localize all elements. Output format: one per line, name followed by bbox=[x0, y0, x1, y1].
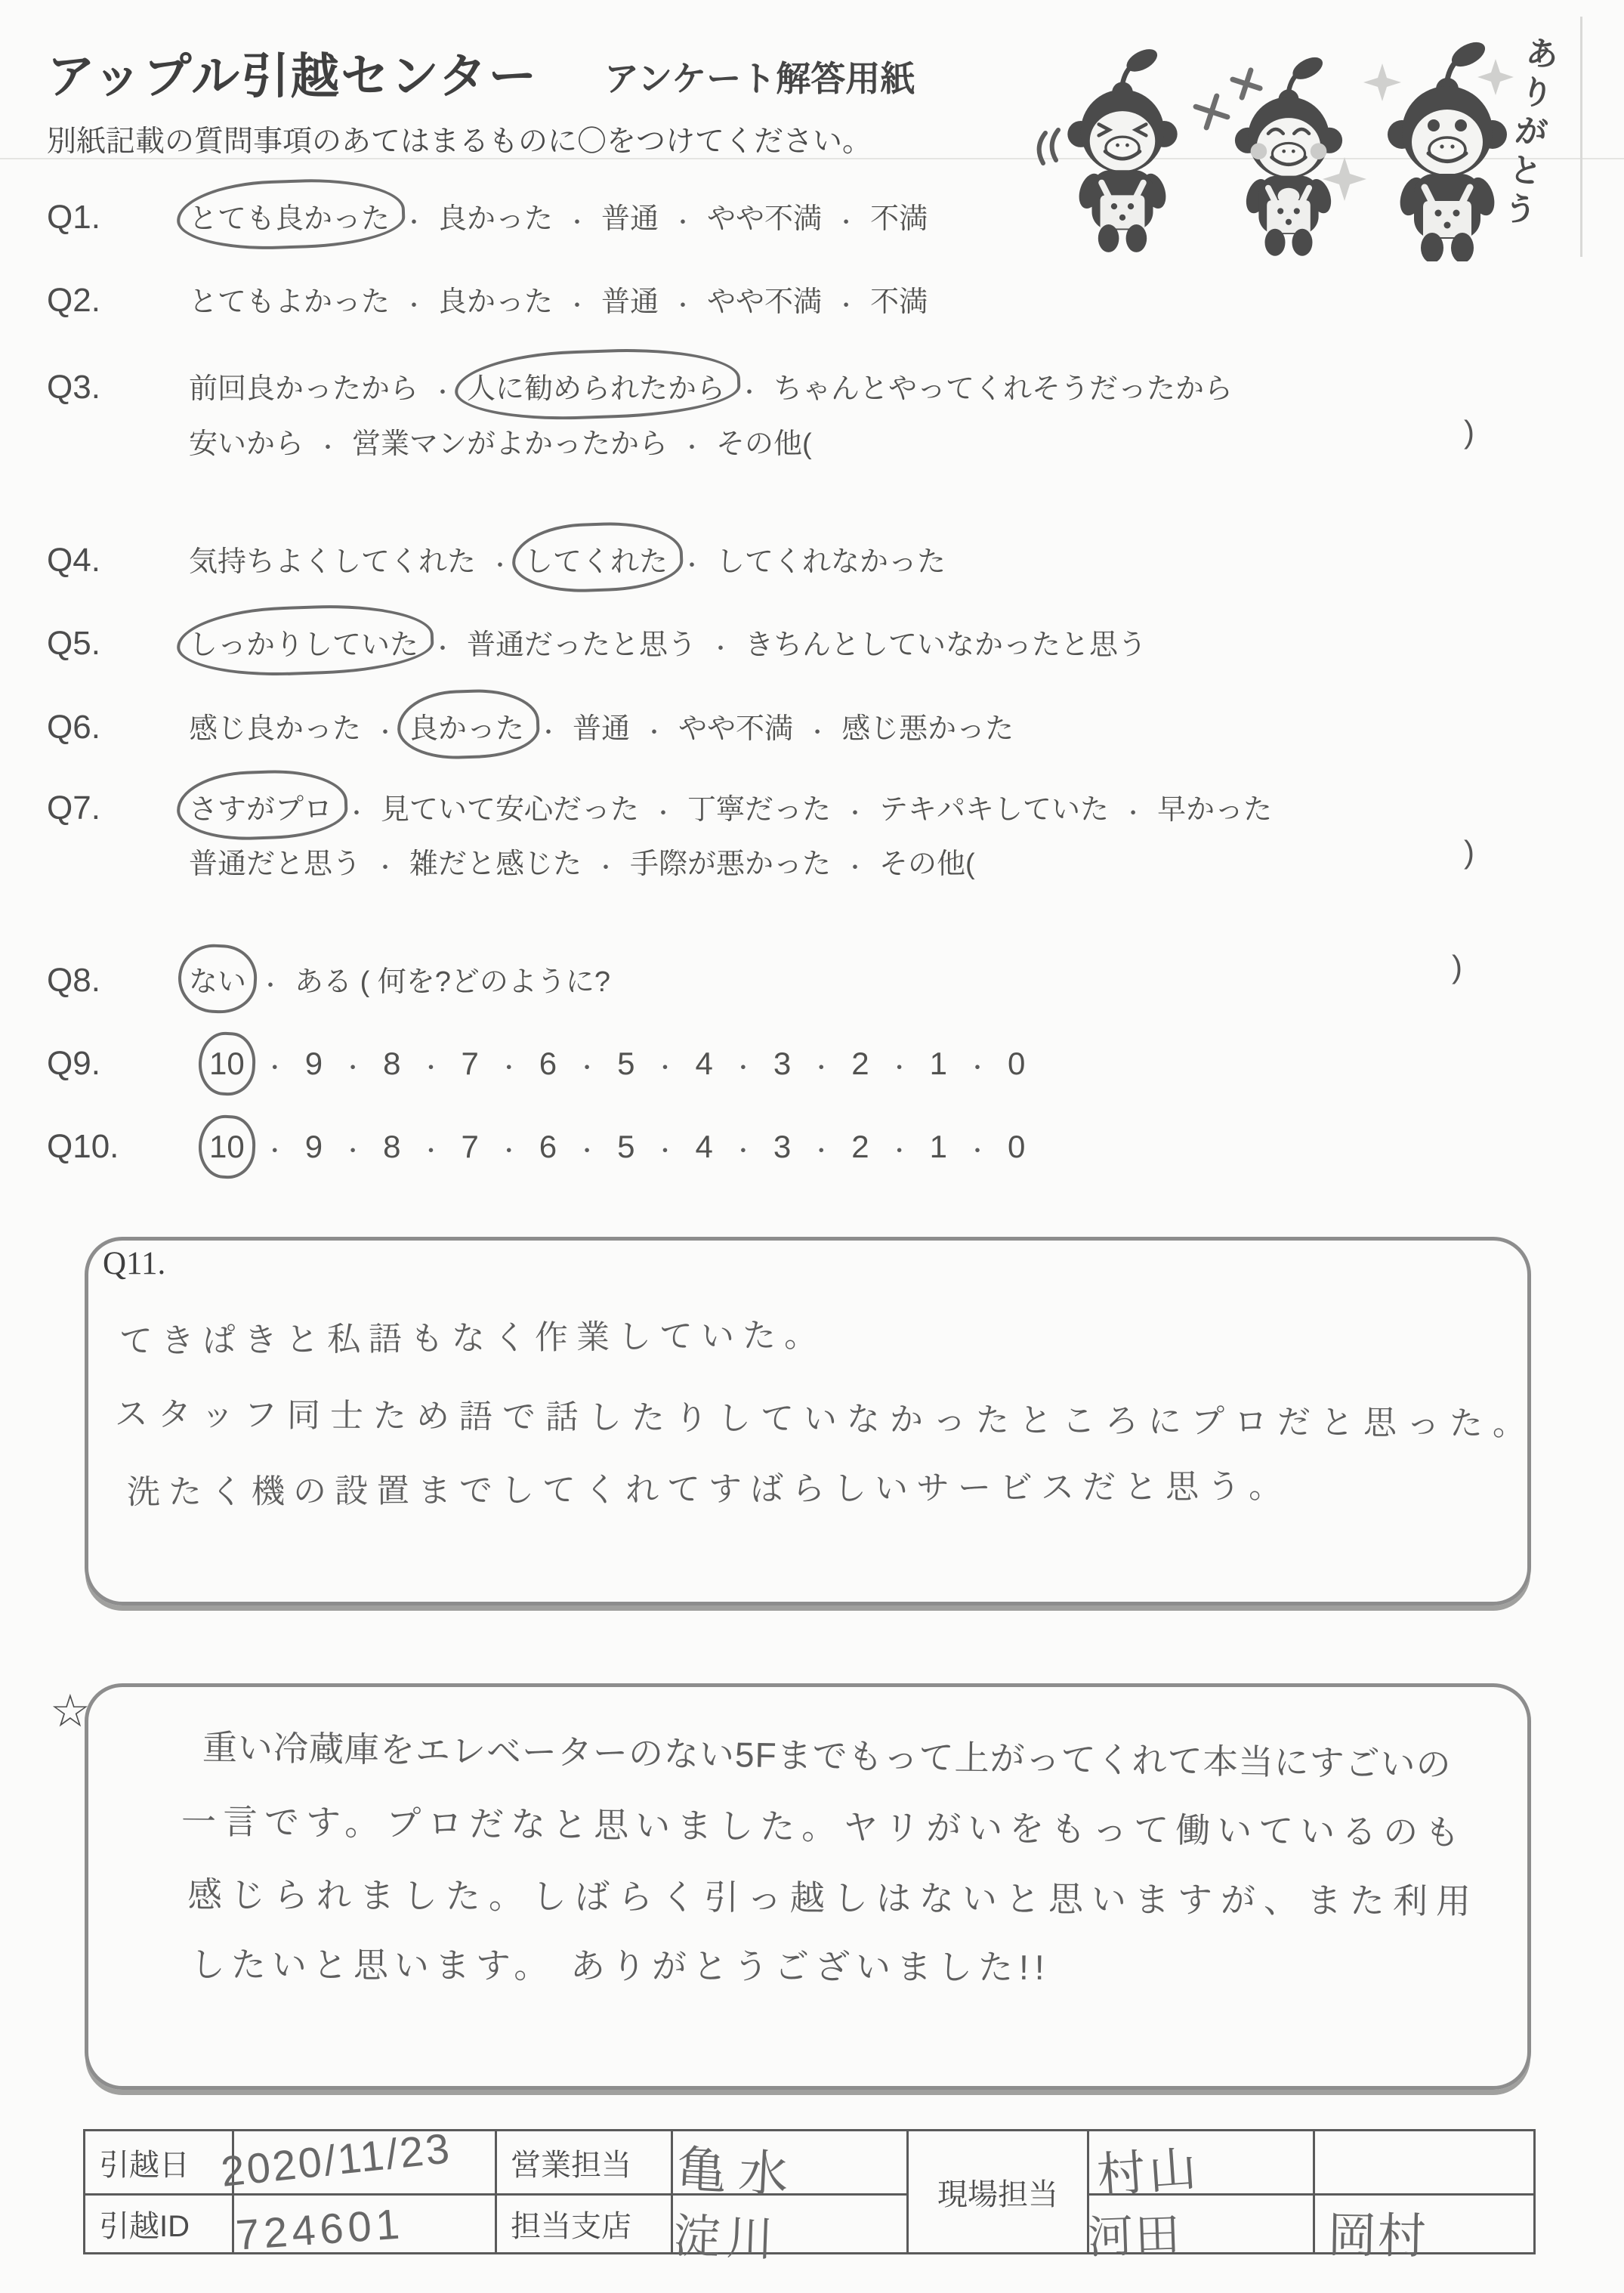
star-handwritten-line: したいと思います。 ありがとうございました!! bbox=[190, 1937, 1051, 1990]
option-separator: ・ bbox=[576, 1056, 598, 1081]
question-q5: Q5.しっかりしていた・普通だったと思う・きちんとしていなかったと思う bbox=[47, 621, 1147, 663]
close-paren: ) bbox=[1464, 414, 1474, 450]
question-options: 安いから・営業マンがよかったから・その他( bbox=[189, 428, 812, 460]
option-separator: ・ bbox=[654, 1056, 677, 1081]
option: 4 bbox=[696, 1046, 713, 1082]
question-label: Q4. bbox=[47, 542, 189, 579]
option-separator: ・ bbox=[738, 381, 761, 406]
monkey-mascots-illustration bbox=[1033, 20, 1517, 261]
option: してくれなかった bbox=[716, 538, 946, 579]
question-label: Q3. bbox=[47, 369, 189, 406]
option: 見ていて安心だった bbox=[381, 786, 639, 827]
option: 9 bbox=[305, 1129, 323, 1165]
scan-edge-line bbox=[1580, 17, 1582, 257]
option-separator: ・ bbox=[419, 1139, 442, 1164]
option-separator: ・ bbox=[576, 1139, 598, 1164]
option-separator: ・ bbox=[654, 1139, 677, 1164]
question-options: とても良かった・良かった・普通・やや不満・不満 bbox=[189, 203, 928, 235]
question-q7: Q7.さすがプロ・見ていて安心だった・丁寧だった・テキパキしていた・早かった bbox=[47, 786, 1272, 828]
option-separator: ・ bbox=[844, 802, 866, 827]
option-separator: ・ bbox=[1122, 802, 1144, 827]
question-options: さすがプロ・見ていて安心だった・丁寧だった・テキパキしていた・早かった bbox=[189, 794, 1272, 826]
question-options: 気持ちよくしてくれた・してくれた・してくれなかった bbox=[189, 546, 946, 578]
scanned-survey-page: アップル引越センター アンケート解答用紙 別紙記載の質問事項のあてはまるものに〇… bbox=[0, 0, 1624, 2293]
question-options: ない・ある ( 何を?どのように? bbox=[189, 966, 610, 998]
option: 感じ良かった bbox=[189, 705, 361, 746]
option-separator: ・ bbox=[403, 294, 425, 319]
option: ちゃんとやってくれそうだったから bbox=[773, 365, 1233, 406]
option-separator: ・ bbox=[419, 1056, 442, 1081]
question-q2: Q2.とてもよかった・良かった・普通・やや不満・不満 bbox=[47, 278, 928, 320]
option: やや不満 bbox=[707, 195, 822, 236]
label-sales-rep: 営業担当 bbox=[496, 2131, 672, 2195]
question-q10: Q10.10・9・8・7・6・5・4・3・2・1・0 bbox=[47, 1128, 1025, 1166]
option-separator: ・ bbox=[431, 381, 454, 406]
option-separator: ・ bbox=[341, 1139, 364, 1164]
option-separator: ・ bbox=[681, 436, 703, 461]
question-label: Q1. bbox=[47, 199, 189, 236]
option: 早かった bbox=[1157, 786, 1272, 827]
option-separator: ・ bbox=[264, 1056, 286, 1081]
option-separator: ・ bbox=[566, 211, 588, 236]
option: 6 bbox=[539, 1046, 557, 1082]
instruction-text: 別紙記載の質問事項のあてはまるものに〇をつけてください。 bbox=[47, 118, 872, 160]
option: 2 bbox=[851, 1129, 869, 1165]
option-separator: ・ bbox=[835, 294, 857, 319]
cell-crew-empty bbox=[1314, 2131, 1535, 2195]
option: 安いから bbox=[189, 420, 304, 462]
question-options: 10・9・8・7・6・5・4・3・2・1・0 bbox=[209, 1129, 1025, 1164]
handwritten-crew3: 岡村 bbox=[1327, 2196, 1428, 2267]
option-separator: ・ bbox=[672, 211, 694, 236]
question-label: Q5. bbox=[47, 625, 189, 663]
question-options: 普通だと思う・雑だと感じた・手際が悪かった・その他( bbox=[189, 848, 975, 880]
option: 普通 bbox=[601, 195, 659, 236]
option-separator: ・ bbox=[264, 1139, 286, 1164]
option-separator: ・ bbox=[810, 1139, 832, 1164]
option: 8 bbox=[383, 1046, 400, 1082]
q11-handwritten-line: てきぱきと私語もなく作業していた。 bbox=[119, 1308, 826, 1362]
option-separator: ・ bbox=[709, 637, 732, 662]
option: 3 bbox=[773, 1046, 791, 1082]
option-separator: ・ bbox=[888, 1139, 911, 1164]
close-paren: ) bbox=[1452, 949, 1462, 985]
option: 0 bbox=[1008, 1129, 1025, 1165]
question-q6: Q6.感じ良かった・良かった・普通・やや不満・感じ悪かった bbox=[47, 705, 1014, 747]
option-separator: ・ bbox=[966, 1139, 989, 1164]
question-q8: Q8.ない・ある ( 何を?どのように? bbox=[47, 958, 610, 1000]
option: きちんとしていなかったと思う bbox=[745, 621, 1147, 663]
option-separator: ・ bbox=[732, 1056, 755, 1081]
option-separator: ・ bbox=[498, 1139, 520, 1164]
option-circled: 人に勧められたから bbox=[467, 365, 725, 406]
option-circled: ない bbox=[189, 958, 246, 1000]
option: 感じ悪かった bbox=[841, 705, 1014, 746]
option: 雑だと感じた bbox=[409, 840, 582, 882]
option: 3 bbox=[773, 1129, 791, 1165]
question-options: 10・9・8・7・6・5・4・3・2・1・0 bbox=[209, 1046, 1025, 1081]
option-separator: ・ bbox=[341, 1056, 364, 1081]
question-q1: Q1.とても良かった・良かった・普通・やや不満・不満 bbox=[47, 195, 928, 237]
handwritten-crew1: 村山 bbox=[1095, 2130, 1202, 2206]
option: 7 bbox=[461, 1129, 478, 1165]
option-separator: ・ bbox=[810, 1056, 832, 1081]
option-separator: ・ bbox=[732, 1139, 755, 1164]
option-separator: ・ bbox=[259, 974, 282, 999]
star-handwritten-line: 感じられました。しばらく引っ越しはないと思いますが、また利用 bbox=[187, 1868, 1479, 1924]
option: 9 bbox=[305, 1046, 323, 1082]
handwritten-sales-rep: 亀水 bbox=[675, 2129, 803, 2207]
option: 2 bbox=[851, 1046, 869, 1082]
q11-label: Q11. bbox=[103, 1245, 165, 1282]
option-separator: ・ bbox=[643, 721, 665, 746]
option: 8 bbox=[383, 1129, 400, 1165]
option-separator: ・ bbox=[431, 637, 454, 662]
option-separator: ・ bbox=[566, 294, 588, 319]
option: 良かった bbox=[438, 195, 553, 236]
option: 7 bbox=[461, 1046, 478, 1082]
option-separator: ・ bbox=[498, 1056, 520, 1081]
option-separator: ・ bbox=[966, 1056, 989, 1081]
option: 普通 bbox=[601, 278, 659, 320]
option: とてもよかった bbox=[189, 278, 390, 320]
question-q9: Q9.10・9・8・7・6・5・4・3・2・1・0 bbox=[47, 1045, 1025, 1083]
question-label: Q2. bbox=[47, 282, 189, 320]
option-circled: 10 bbox=[209, 1046, 245, 1082]
option-circled: 良かった bbox=[409, 705, 524, 746]
option-circled: さすがプロ bbox=[189, 786, 332, 827]
star-icon: ☆ bbox=[50, 1685, 91, 1738]
option-circled: しっかりしていた bbox=[189, 621, 418, 663]
question-q4: Q4.気持ちよくしてくれた・してくれた・してくれなかった bbox=[47, 538, 946, 580]
option: 5 bbox=[617, 1129, 634, 1165]
option: やや不満 bbox=[707, 278, 822, 320]
question-options: 感じ良かった・良かった・普通・やや不満・感じ悪かった bbox=[189, 713, 1014, 745]
option: 良かった bbox=[438, 278, 553, 320]
question-options: とてもよかった・良かった・普通・やや不満・不満 bbox=[189, 286, 928, 318]
option-separator: ・ bbox=[489, 554, 511, 579]
option-circled: してくれた bbox=[524, 538, 668, 579]
label-crew: 現場担当 bbox=[908, 2131, 1088, 2254]
question-label: Q6. bbox=[47, 709, 189, 746]
option-separator: ・ bbox=[888, 1056, 911, 1081]
option-separator: ・ bbox=[806, 721, 829, 746]
label-move-date: 引越日 bbox=[85, 2131, 233, 2195]
option: 1 bbox=[930, 1129, 947, 1165]
question-q3: Q3.前回良かったから・人に勧められたから・ちゃんとやってくれそうだったから bbox=[47, 365, 1233, 407]
company-title: アップル引越センター bbox=[47, 38, 538, 107]
question-label: Q8. bbox=[47, 962, 189, 1000]
question-label: Q7. bbox=[47, 790, 189, 827]
question-options: 前回良かったから・人に勧められたから・ちゃんとやってくれそうだったから bbox=[189, 373, 1233, 405]
option: 気持ちよくしてくれた bbox=[189, 538, 476, 579]
option-separator: ・ bbox=[652, 802, 675, 827]
option-separator: ・ bbox=[672, 294, 694, 319]
option: 0 bbox=[1008, 1046, 1025, 1082]
option: 普通だと思う bbox=[189, 840, 361, 882]
option-circled: 10 bbox=[209, 1129, 245, 1165]
option: 5 bbox=[617, 1046, 634, 1082]
option: テキパキしていた bbox=[879, 786, 1109, 827]
option: ある ( 何を?どのように? bbox=[295, 958, 610, 1000]
question-options: しっかりしていた・普通だったと思う・きちんとしていなかったと思う bbox=[189, 629, 1147, 661]
q11-handwritten-line: 洗たく機の設置までしてくれてすばらしいサービスだと思う。 bbox=[127, 1459, 1290, 1513]
option: 不満 bbox=[870, 195, 928, 236]
option-separator: ・ bbox=[374, 721, 397, 746]
option: 不満 bbox=[870, 278, 928, 320]
form-name: アンケート解答用紙 bbox=[604, 51, 915, 101]
option-separator: ・ bbox=[835, 211, 857, 236]
option-separator: ・ bbox=[594, 856, 617, 881]
q11-handwritten-line: スタッフ同士ため語で話したりしていなかったところにプロだと思った。 bbox=[115, 1386, 1536, 1445]
option: その他( bbox=[716, 420, 812, 462]
option: 普通だったと思う bbox=[467, 621, 696, 663]
close-paren: ) bbox=[1464, 834, 1474, 870]
option-separator: ・ bbox=[316, 436, 339, 461]
option-circled: とても良かった bbox=[189, 195, 390, 236]
option-separator: ・ bbox=[844, 856, 866, 881]
option: やや不満 bbox=[678, 705, 793, 746]
option-separator: ・ bbox=[537, 721, 560, 746]
handwritten-branch: 淀川 bbox=[672, 2199, 780, 2270]
monkey-mascot-icon-1 bbox=[1067, 45, 1177, 252]
question-q3-line2: 安いから・営業マンがよかったから・その他( bbox=[47, 420, 812, 462]
question-label: Q9. bbox=[47, 1045, 209, 1083]
label-move-id: 引越ID bbox=[85, 2195, 233, 2254]
option: 丁寧だった bbox=[687, 786, 831, 827]
option-separator: ・ bbox=[681, 554, 703, 579]
label-branch: 担当支店 bbox=[496, 2195, 672, 2254]
option: 営業マンがよかったから bbox=[352, 420, 668, 462]
handwritten-crew2: 河田 bbox=[1087, 2199, 1183, 2267]
option: 手際が悪かった bbox=[630, 840, 831, 882]
option: 6 bbox=[539, 1129, 557, 1165]
option-separator: ・ bbox=[374, 856, 397, 881]
option: 前回良かったから bbox=[189, 365, 418, 406]
option: 普通 bbox=[573, 705, 630, 746]
option: その他( bbox=[879, 840, 975, 882]
option: 4 bbox=[696, 1129, 713, 1165]
question-q7-line2: 普通だと思う・雑だと感じた・手際が悪かった・その他( bbox=[47, 840, 975, 882]
option-separator: ・ bbox=[403, 211, 425, 236]
option-separator: ・ bbox=[345, 802, 368, 827]
motion-lines-icon bbox=[1039, 130, 1058, 163]
option: 1 bbox=[930, 1046, 947, 1082]
question-label: Q10. bbox=[47, 1128, 209, 1166]
